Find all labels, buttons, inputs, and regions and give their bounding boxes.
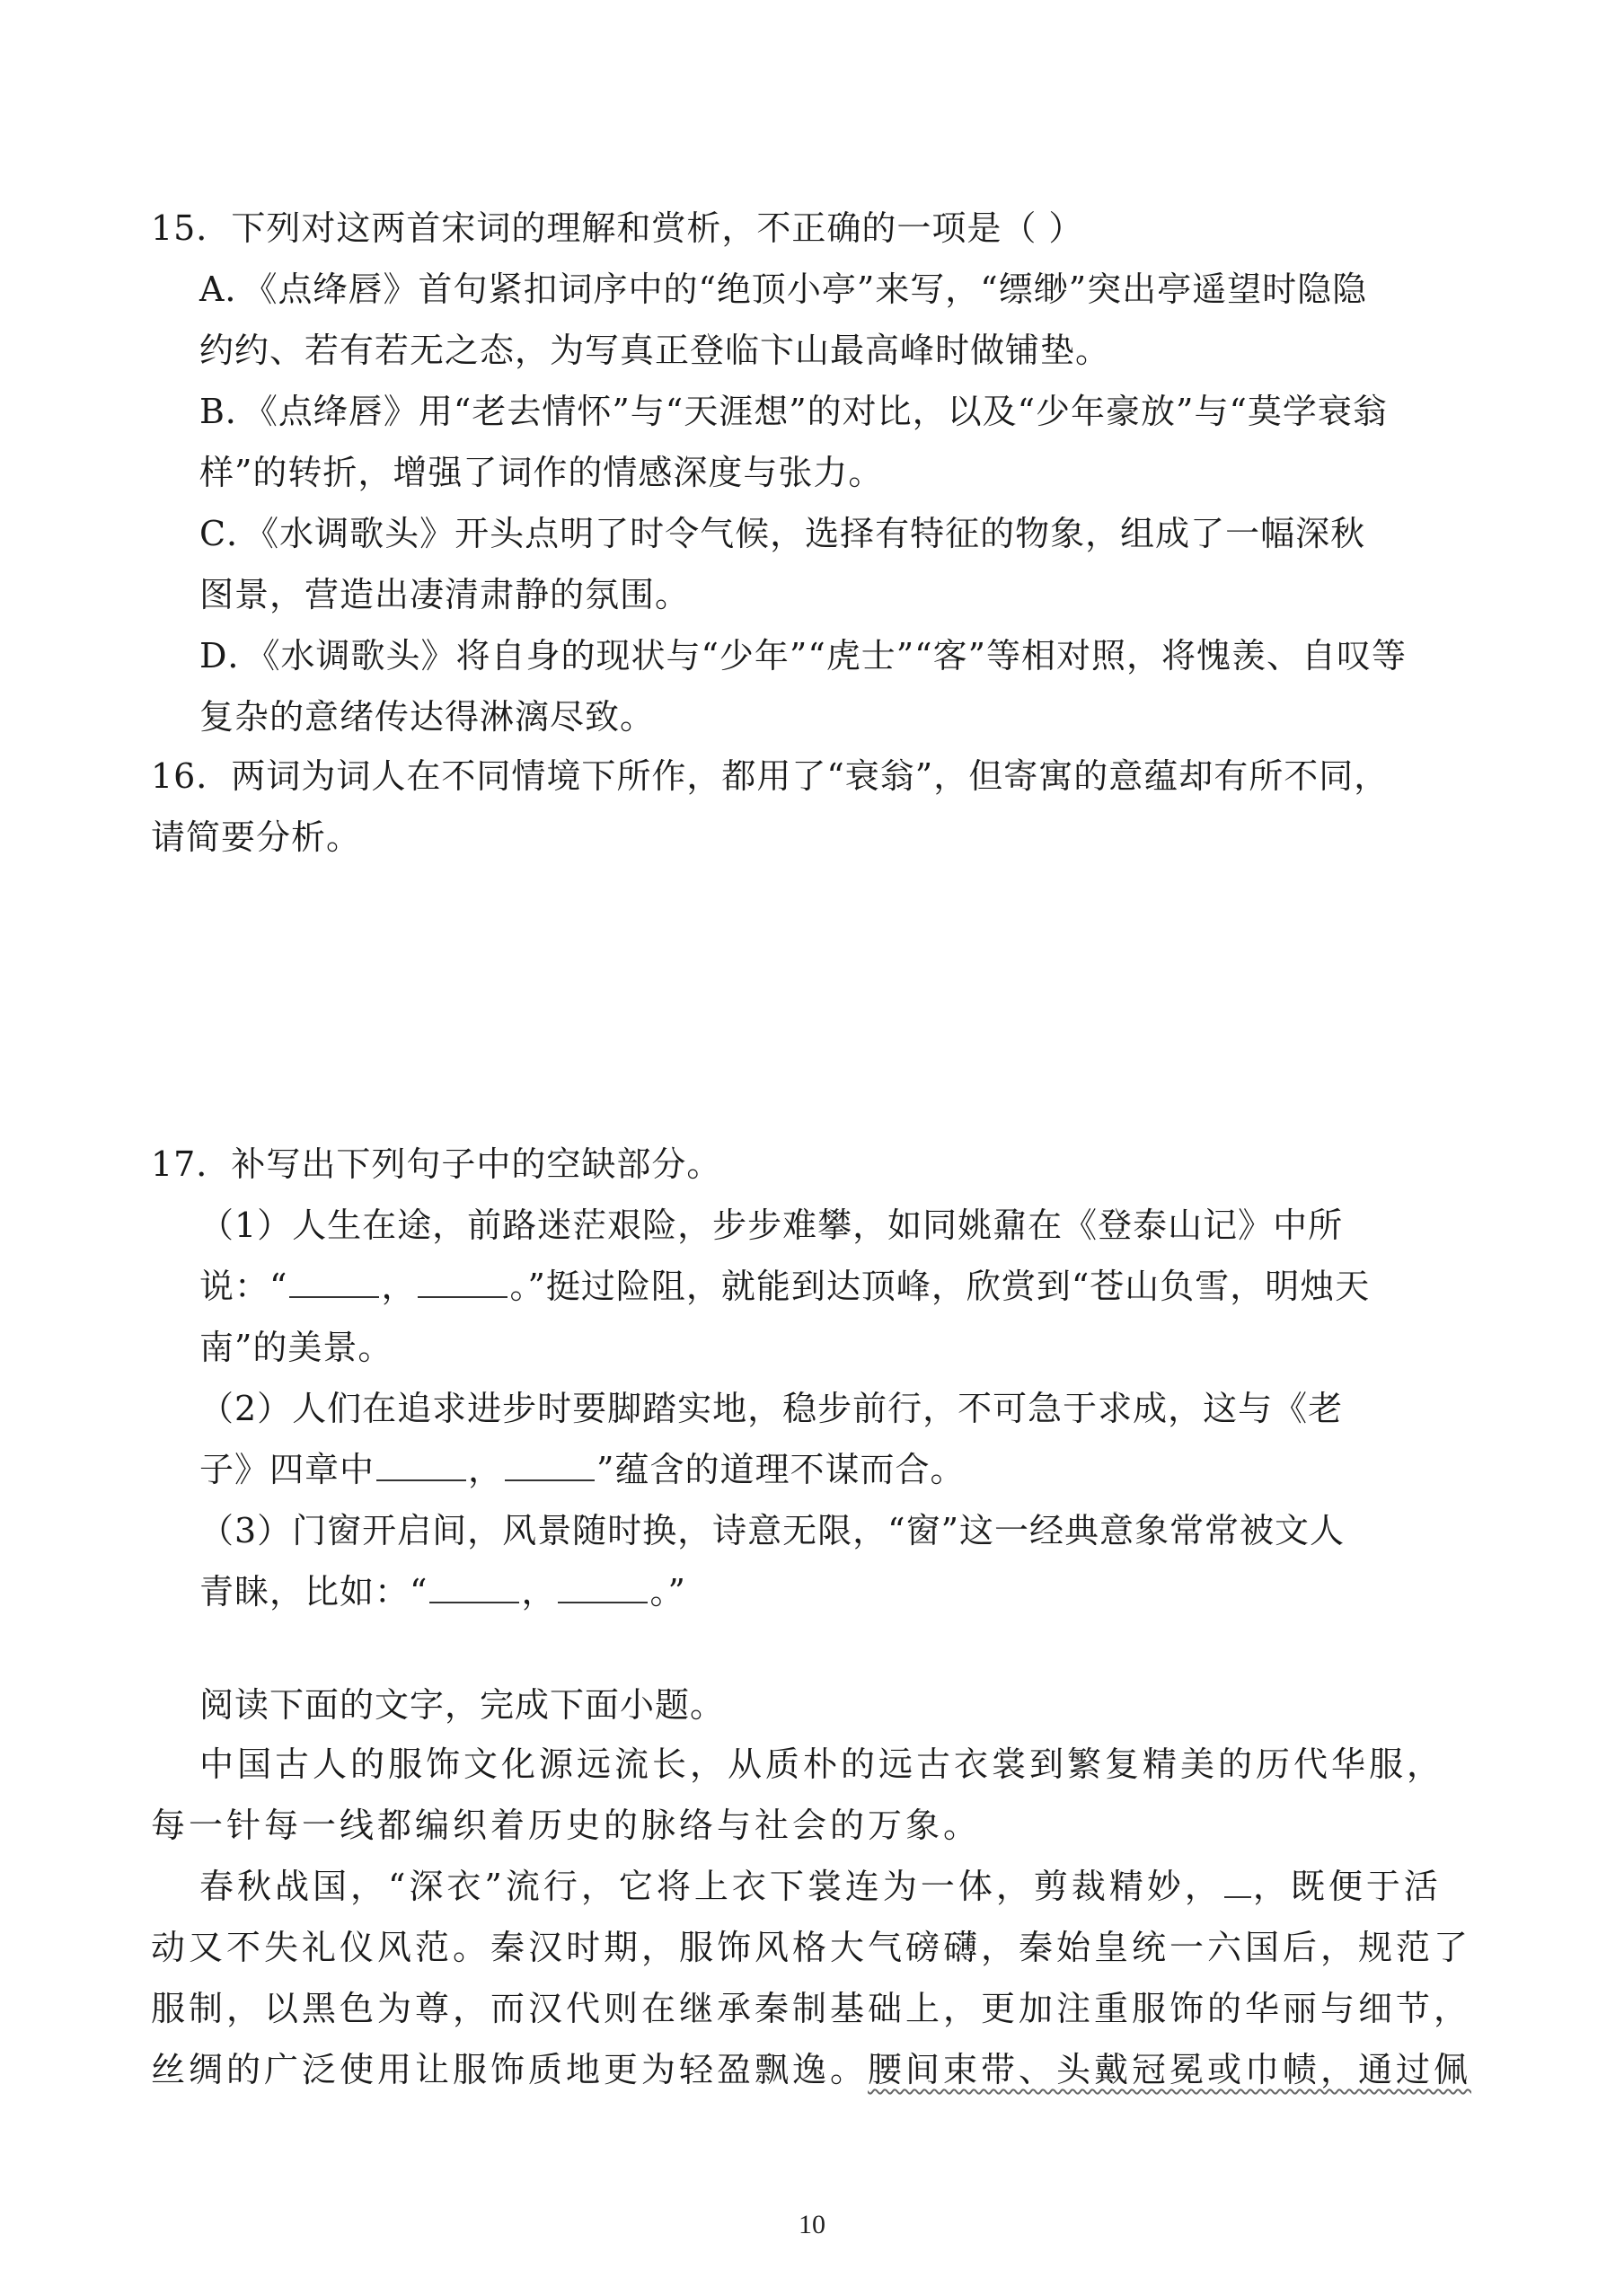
wavy-underlined-sentence: 腰间束带、头戴冠冕或巾帻，通过佩 bbox=[868, 2050, 1471, 2089]
sub3-suffix: 。” bbox=[649, 1572, 685, 1612]
passage-blank[interactable] bbox=[1224, 1869, 1251, 1898]
question-15-option-b-line2: 样”的转折，增强了词作的情感深度与张力。 bbox=[199, 451, 883, 494]
question-16-line2: 请简要分析。 bbox=[151, 816, 361, 859]
page-number: 10 bbox=[0, 2210, 1624, 2240]
question-17-sub3-line2: 青睐，比如：“，。” bbox=[199, 1570, 686, 1613]
reading-instruction: 阅读下面的文字，完成下面小题。 bbox=[199, 1683, 725, 1726]
sub1-prefix: 说：“ bbox=[199, 1267, 287, 1306]
question-17-sub1-line2: 说：“，。”挺过险阻，就能到达顶峰，欣赏到“苍山负雪，明烛天 bbox=[199, 1265, 1370, 1308]
passage-p2-line4-text: 丝绸的广泛使用让服饰质地更为轻盈飘逸。 bbox=[151, 2050, 868, 2089]
question-15-option-b-line1: B．《点绛唇》用“老去情怀”与“天涯想”的对比，以及“少年豪放”与“莫学衰翁 bbox=[199, 390, 1388, 433]
question-17-sub2-line2: 子》四章中，”蕴含的道理不谋而合。 bbox=[199, 1448, 965, 1491]
answer-blank[interactable] bbox=[505, 1453, 595, 1481]
question-17-sub1-line1: （1）人生在途，前路迷茫艰险，步步难攀，如同姚鼐在《登泰山记》中所 bbox=[199, 1204, 1343, 1247]
sub3-prefix: 青睐，比如：“ bbox=[199, 1572, 428, 1612]
sub1-suffix: 。”挺过险阻，就能到达顶峰，欣赏到“苍山负雪，明烛天 bbox=[509, 1267, 1370, 1306]
question-15-option-c-line2: 图景，营造出凄清肃静的氛围。 bbox=[199, 573, 690, 616]
answer-blank[interactable] bbox=[289, 1269, 379, 1298]
passage-p1-line2: 每一针每一线都编织着历史的脉络与社会的万象。 bbox=[151, 1804, 981, 1847]
question-17-stem: 17．补写出下列句子中的空缺部分。 bbox=[151, 1143, 721, 1186]
question-16-line1: 16．两词为词人在不同情境下所作，都用了“衰翁”，但寄寓的意蕴却有所不同， bbox=[151, 755, 1389, 798]
passage-p2-line3: 服制，以黑色为尊，而汉代则在继承秦制基础上，更加注重服饰的华丽与细节， bbox=[151, 1987, 1471, 2030]
question-15-option-a-line1: A．《点绛唇》首句紧扣词序中的“绝顶小亭”来写，“缥缈”突出亭遥望时隐隐 bbox=[199, 268, 1367, 311]
passage-p2-line2: 动又不失礼仪风范。秦汉时期，服饰风格大气磅礴，秦始皇统一六国后，规范了 bbox=[151, 1926, 1471, 1969]
sub2-suffix: ”蕴含的道理不谋而合。 bbox=[596, 1450, 965, 1489]
passage-p2-line1: 春秋战国，“深衣”流行，它将上衣下裳连为一体，剪裁精妙，，既便于活 bbox=[199, 1865, 1442, 1908]
question-15-stem: 15．下列对这两首宋词的理解和赏析，不正确的一项是（ ） bbox=[151, 207, 1083, 250]
question-15-option-c-line1: C．《水调歌头》开头点明了时令气候，选择有特征的物象，组成了一幅深秋 bbox=[199, 512, 1365, 555]
sub2-comma: ， bbox=[468, 1450, 503, 1489]
question-17-sub2-line1: （2）人们在追求进步时要脚踏实地，稳步前行，不可急于求成，这与《老 bbox=[199, 1387, 1343, 1430]
answer-blank[interactable] bbox=[376, 1453, 466, 1481]
answer-blank[interactable] bbox=[429, 1575, 519, 1603]
question-17-sub1-line3: 南”的美景。 bbox=[199, 1326, 393, 1369]
passage-p2-line4: 丝绸的广泛使用让服饰质地更为轻盈飘逸。腰间束带、头戴冠冕或巾帻，通过佩 bbox=[151, 2048, 1471, 2091]
sub3-comma: ， bbox=[521, 1572, 556, 1612]
sub2-prefix: 子》四章中 bbox=[199, 1450, 375, 1489]
question-15-option-d-line1: D．《水调歌头》将自身的现状与“少年”“虎士”“客”等相对照，将愧羡、自叹等 bbox=[199, 634, 1407, 677]
passage-p1-line1: 中国古人的服饰文化源远流长，从质朴的远古衣裳到繁复精美的历代华服， bbox=[199, 1743, 1444, 1786]
question-17-sub3-line1: （3）门窗开启间，风景随时换，诗意无限，“窗”这一经典意象常常被文人 bbox=[199, 1509, 1345, 1552]
question-15-option-d-line2: 复杂的意绪传达得淋漓尽致。 bbox=[199, 695, 655, 738]
exam-page: 15．下列对这两首宋词的理解和赏析，不正确的一项是（ ） A．《点绛唇》首句紧扣… bbox=[0, 0, 1624, 2296]
sub1-comma: ， bbox=[381, 1267, 416, 1306]
passage-p2-line1-text: 春秋战国，“深衣”流行，它将上衣下裳连为一体，剪裁精妙， bbox=[199, 1867, 1222, 1906]
question-15-option-a-line2: 约约、若有若无之态，为写真正登临卞山最高峰时做铺垫。 bbox=[199, 329, 1110, 372]
answer-blank[interactable] bbox=[418, 1269, 507, 1298]
passage-p2-line1-tail: ，既便于活 bbox=[1253, 1867, 1442, 1906]
answer-blank[interactable] bbox=[558, 1575, 648, 1603]
